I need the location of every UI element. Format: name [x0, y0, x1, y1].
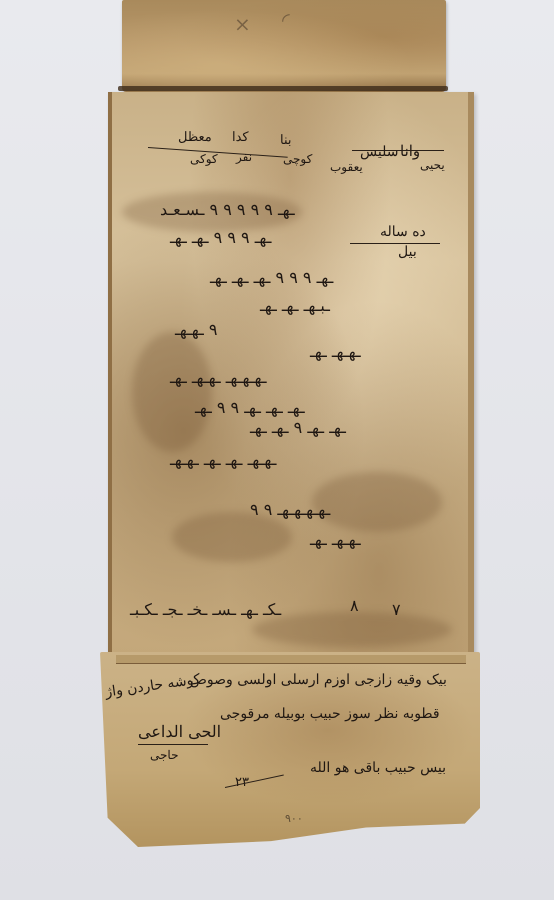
text-line: بیس حبیب باقی هو الله [310, 760, 446, 776]
script-row: ـهـ ـهـ ٩ ـهـ ـهـ [250, 418, 346, 437]
header-word: وانا [400, 142, 420, 160]
fold-crease [118, 86, 448, 91]
side-note: ده ساله [380, 224, 426, 240]
script-row: ـهـهـ ـهـ ـهـ ـهـهـ [170, 450, 276, 469]
signature: الحی الداعی [138, 722, 221, 741]
page-edge [116, 655, 466, 664]
script-row: ـهـ ٩ ٩ ٩ ٩ ٩ ـسـعـد [160, 200, 295, 219]
header-subword: نفر [236, 150, 252, 164]
script-row: ـهـ ٩ ٩ ٩ ـهـ ـهـ [170, 228, 271, 247]
header-subword: یحیی [420, 158, 445, 172]
script-row: ـهـهـ ـهـ [310, 342, 361, 361]
underline [352, 150, 444, 151]
script-row: ـهـهـهـهـ ٩ ٩ [250, 500, 330, 519]
script-row: ـهـ ٩ ٩ ٩ ـهـ ـهـ ـهـ [210, 268, 333, 287]
flap-ink-mark: × [234, 12, 251, 36]
text-line: بیک وقیه زازجی اوزم ارسلی اولسی وصوص [190, 672, 447, 688]
water-stain [132, 332, 212, 452]
top-folded-flap: × ◜ [122, 0, 446, 92]
script-row: ـبـهـ ـهـ ـهـ [260, 296, 330, 315]
header-word: معظل [178, 130, 212, 145]
script-row: ـكـ ـهـ ـسـ ـخـ ـجـ ـكـبـ [130, 600, 281, 619]
text-line: قطوبه نظر سوز حبیب بوبیله مرقوجی [220, 706, 440, 722]
manuscript-page [108, 92, 474, 657]
flap-ink-mark: ◜ [282, 8, 290, 32]
bottom-mark: ٩٠٠ [285, 812, 303, 825]
numeral-seven: ٧ [392, 600, 401, 619]
underline [138, 744, 208, 745]
water-stain [172, 512, 292, 562]
side-note: بیل [398, 244, 417, 260]
underline [350, 243, 440, 244]
water-stain [312, 472, 442, 532]
script-row: ـهـ ـهـ ـهـ ٩ ٩ ـهـ [195, 398, 305, 417]
header-subword: یعقوب [330, 160, 363, 174]
photo-scene: × ◜ وانا سلیس بنا کدا معظل یحیی یعقوب کو… [0, 0, 554, 900]
script-row: ـهـهـ ـهـ [310, 530, 361, 549]
header-word: کدا [232, 130, 249, 145]
water-stain [252, 612, 452, 647]
header-subword: کوکی [190, 152, 218, 166]
script-row: ٩ ـهـهـ [175, 320, 218, 339]
header-word: بنا [280, 133, 292, 148]
header-word: سلیس [360, 144, 398, 160]
header-subword: کوچی [283, 152, 312, 166]
numeral-eight: ٨ [350, 596, 359, 615]
script-row: ـهـهـهـ ـهـهـ ـهـ [170, 368, 267, 387]
signature-sub: حاجی [150, 748, 179, 762]
